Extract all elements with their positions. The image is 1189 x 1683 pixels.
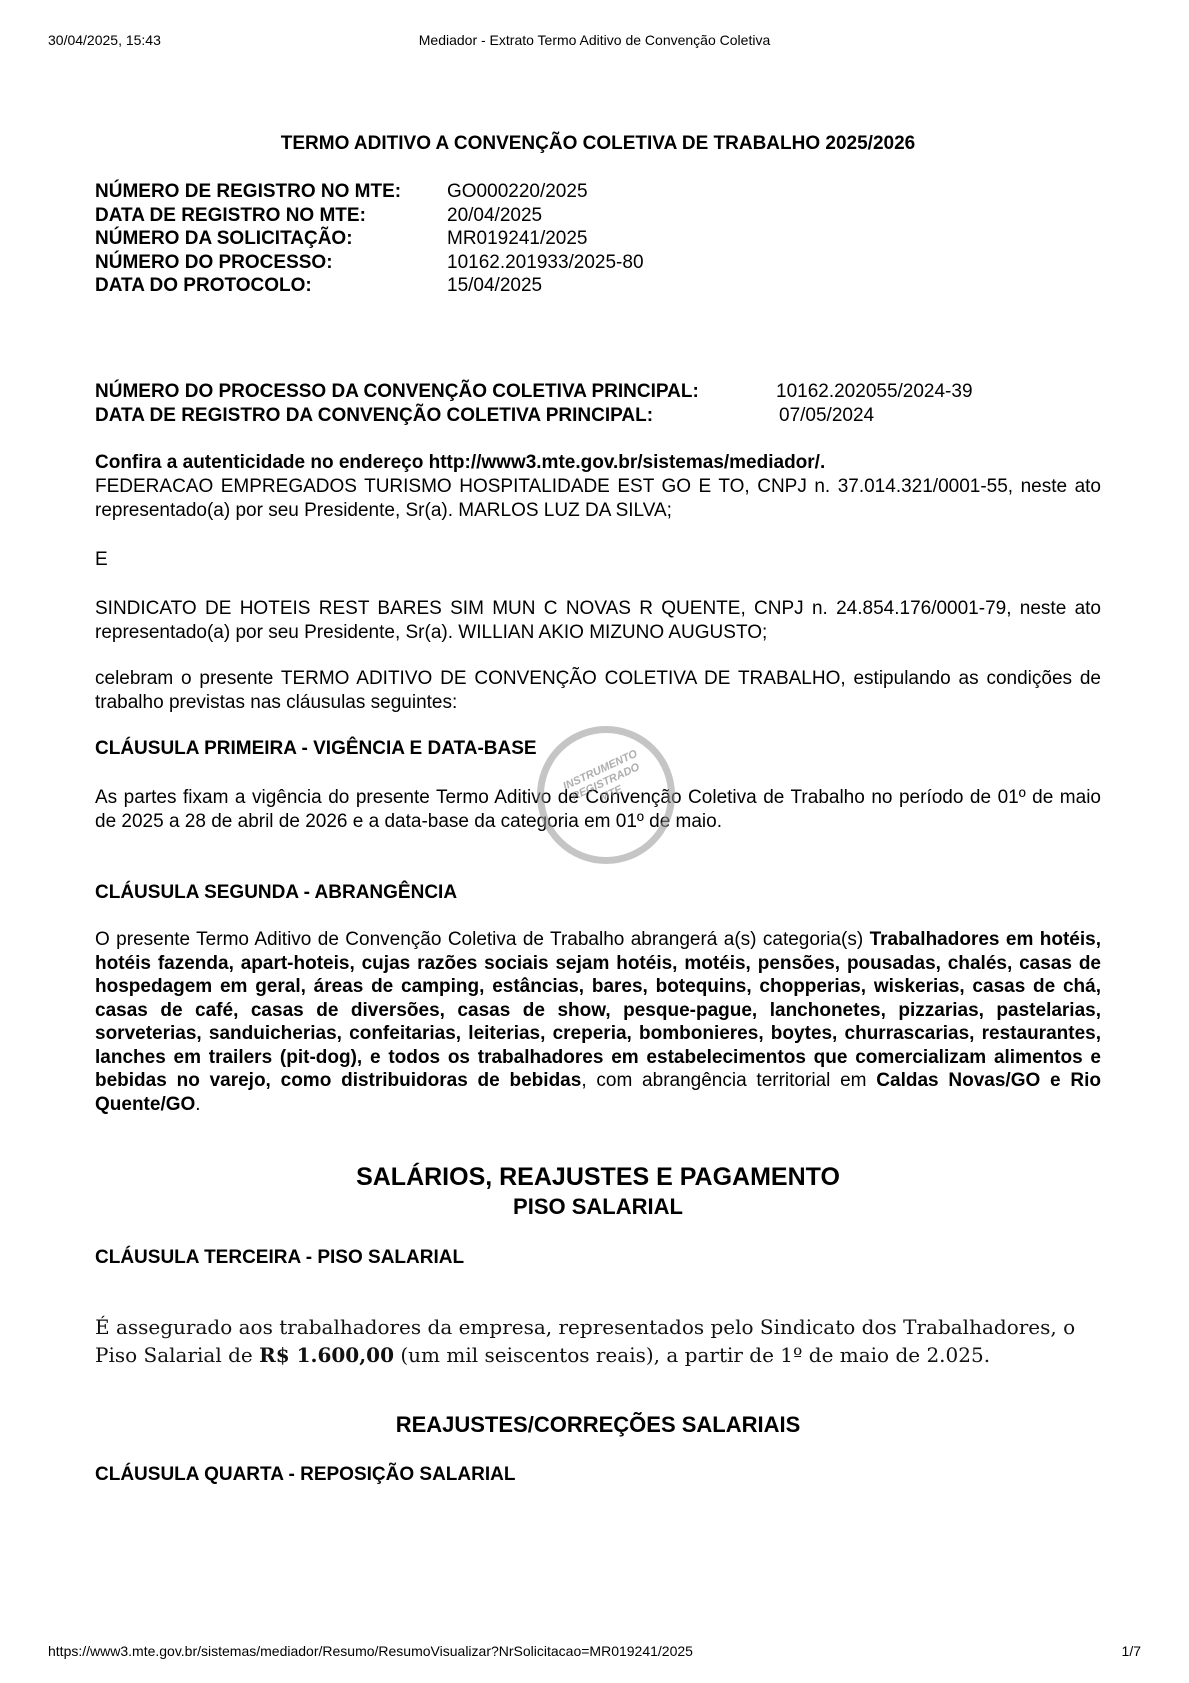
clause1-title: CLÁUSULA PRIMEIRA - VIGÊNCIA E DATA-BASE (95, 737, 1101, 761)
clause2-categories: Trabalhadores em hotéis, hotéis fazenda,… (95, 929, 1101, 1091)
registration-value: GO000220/2025 (447, 180, 588, 204)
clause3-text: É assegurado aos trabalhadores da empres… (95, 1313, 1101, 1369)
clause3-title: CLÁUSULA TERCEIRA - PISO SALARIAL (95, 1246, 1101, 1270)
section-salaries-title: SALÁRIOS, REAJUSTES E PAGAMENTO (95, 1163, 1101, 1192)
registration-row: NÚMERO DE REGISTRO NO MTE: GO000220/2025 (95, 180, 644, 204)
principal-convention-info: NÚMERO DO PROCESSO DA CONVENÇÃO COLETIVA… (95, 380, 973, 427)
conjunction: E (95, 548, 1101, 572)
section-piso-subtitle: PISO SALARIAL (95, 1194, 1101, 1220)
print-page-title: Mediador - Extrato Termo Aditivo de Conv… (0, 32, 1189, 48)
principal-value: 07/05/2024 (776, 404, 874, 428)
principal-value: 10162.202055/2024-39 (776, 380, 973, 404)
principal-label: NÚMERO DO PROCESSO DA CONVENÇÃO COLETIVA… (95, 380, 776, 404)
agreement-statement: celebram o presente TERMO ADITIVO DE CON… (95, 667, 1101, 714)
principal-label: DATA DE REGISTRO DA CONVENÇÃO COLETIVA P… (95, 404, 776, 428)
authenticity-notice: Confira a autenticidade no endereço http… (95, 451, 1101, 475)
clause2-intro: O presente Termo Aditivo de Convenção Co… (95, 929, 870, 950)
clause2-text: O presente Termo Aditivo de Convenção Co… (95, 928, 1101, 1116)
clause2-title: CLÁUSULA SEGUNDA - ABRANGÊNCIA (95, 881, 1101, 905)
registration-row: NÚMERO DO PROCESSO: 10162.201933/2025-80 (95, 251, 644, 275)
clause2-end: . (195, 1094, 200, 1115)
clause3-amount: R$ 1.600,00 (259, 1343, 394, 1367)
page-indicator: 1/7 (1122, 1643, 1141, 1659)
registration-row: NÚMERO DA SOLICITAÇÃO: MR019241/2025 (95, 227, 644, 251)
registration-label: DATA DE REGISTRO NO MTE: (95, 204, 447, 228)
registration-value: 20/04/2025 (447, 204, 542, 228)
registration-row: DATA DO PROTOCOLO: 15/04/2025 (95, 274, 644, 298)
registration-value: MR019241/2025 (447, 227, 588, 251)
registration-value: 15/04/2025 (447, 274, 542, 298)
principal-row: DATA DE REGISTRO DA CONVENÇÃO COLETIVA P… (95, 404, 973, 428)
registration-label: DATA DO PROTOCOLO: (95, 274, 447, 298)
registration-value: 10162.201933/2025-80 (447, 251, 644, 275)
party-federation: FEDERACAO EMPREGADOS TURISMO HOSPITALIDA… (95, 475, 1101, 522)
principal-row: NÚMERO DO PROCESSO DA CONVENÇÃO COLETIVA… (95, 380, 973, 404)
clause4-title: CLÁUSULA QUARTA - REPOSIÇÃO SALARIAL (95, 1463, 1101, 1487)
clause2-middle: , com abrangência territorial em (581, 1070, 876, 1091)
registration-label: NÚMERO DA SOLICITAÇÃO: (95, 227, 447, 251)
section-adjustments-subtitle: REAJUSTES/CORREÇÕES SALARIAIS (95, 1412, 1101, 1438)
party-syndicate: SINDICATO DE HOTEIS REST BARES SIM MUN C… (95, 597, 1101, 644)
registration-label: NÚMERO DE REGISTRO NO MTE: (95, 180, 447, 204)
registration-label: NÚMERO DO PROCESSO: (95, 251, 447, 275)
clause3-after: (um mil seiscentos reais), a partir de 1… (394, 1343, 990, 1367)
clause1-text: As partes fixam a vigência do presente T… (95, 786, 1101, 833)
registration-info: NÚMERO DE REGISTRO NO MTE: GO000220/2025… (95, 180, 644, 298)
print-url: https://www3.mte.gov.br/sistemas/mediado… (48, 1643, 693, 1659)
registration-row: DATA DE REGISTRO NO MTE: 20/04/2025 (95, 204, 644, 228)
document-title: TERMO ADITIVO A CONVENÇÃO COLETIVA DE TR… (95, 133, 1101, 155)
